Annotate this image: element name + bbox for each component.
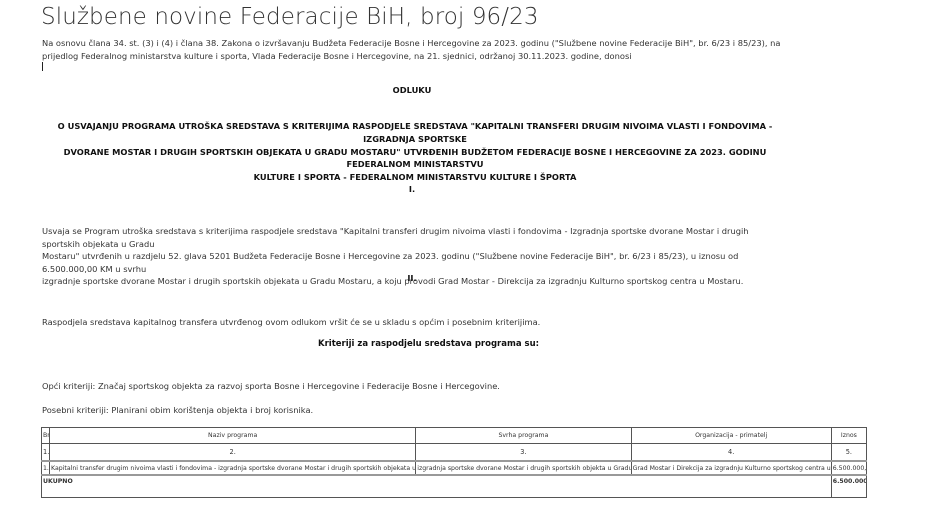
row-program-purpose: izgradnja sportske dvorane Mostar i drug… — [416, 461, 631, 475]
row-amount: 6.500.000,00 — [831, 461, 866, 475]
decision-heading: O USVAJANJU PROGRAMA UTROŠKA SREDSTAVA S… — [45, 120, 785, 184]
text-cursor — [42, 62, 43, 71]
program-table: Br. Naziv programa Svrha programa Organi… — [41, 427, 867, 498]
table-row: 1. Kapitalni transfer drugim nivoima vla… — [42, 461, 867, 475]
numbering-cell: 3. — [416, 444, 631, 462]
document-page: Službene novine Federacije BiH, broj 96/… — [0, 0, 938, 512]
numbering-cell: 5. — [831, 444, 866, 462]
header-cell: Naziv programa — [50, 428, 416, 444]
decision-heading-line: DVORANE MOSTAR I DRUGIH SPORTSKIH OBJEKA… — [45, 146, 785, 172]
numbering-cell: 1. — [42, 444, 50, 462]
section-2-paragraph: Raspodjela sredstava kapitalnog transfer… — [42, 316, 540, 329]
intro-paragraph: Na osnovu člana 34. st. (3) i (4) i član… — [42, 37, 782, 62]
decision-word: ODLUKU — [42, 84, 782, 97]
criteria-heading: Kriteriji za raspodjelu sredstava progra… — [318, 339, 539, 349]
document-title: Službene novine Federacije BiH, broj 96/… — [41, 4, 539, 30]
row-program-name: Kapitalni transfer drugim nivoima vlasti… — [50, 461, 416, 475]
section-2-number: II. — [42, 272, 782, 285]
header-cell: Iznos — [831, 428, 866, 444]
special-criteria: Posebni kriteriji: Planirani obim korišt… — [42, 404, 313, 417]
table-numbering-row: 1. 2. 3. 4. 5. — [42, 444, 867, 462]
total-amount: 6.500.000,00 — [831, 475, 866, 498]
section-1-number: I. — [42, 183, 782, 196]
table-total-row: UKUPNO 6.500.000,00 — [42, 475, 867, 498]
decision-heading-line: O USVAJANJU PROGRAMA UTROŠKA SREDSTAVA S… — [45, 120, 785, 146]
row-recipient: Grad Mostar i Direkcija za izgradnju Kul… — [631, 461, 831, 475]
table-header-row: Br. Naziv programa Svrha programa Organi… — [42, 428, 867, 444]
row-number: 1. — [42, 461, 50, 475]
numbering-cell: 2. — [50, 444, 416, 462]
general-criteria: Opći kriteriji: Značaj sportskog objekta… — [42, 380, 500, 393]
total-label: UKUPNO — [42, 475, 832, 498]
header-cell: Svrha programa — [416, 428, 631, 444]
header-cell: Organizacija - primatelj — [631, 428, 831, 444]
header-cell: Br. — [42, 428, 50, 444]
numbering-cell: 4. — [631, 444, 831, 462]
paragraph-line: Usvaja se Program utroška sredstava s kr… — [42, 225, 787, 250]
